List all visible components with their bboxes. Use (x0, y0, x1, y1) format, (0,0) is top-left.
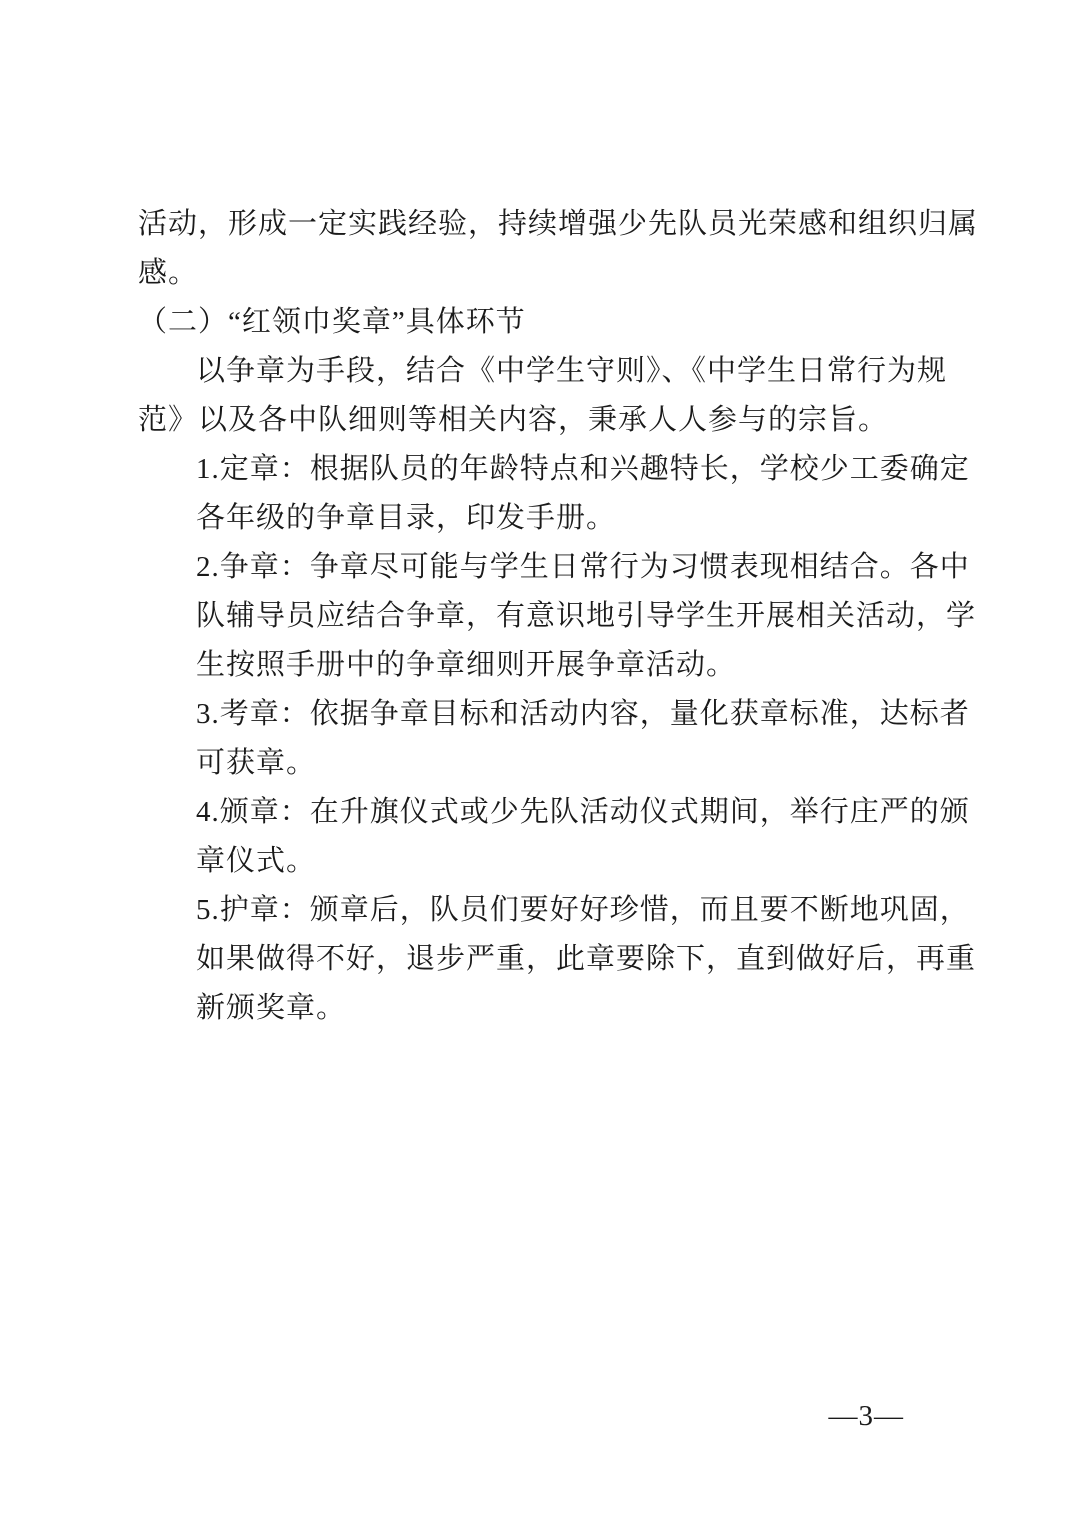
text-line: 5.护章：颁章后，队员们要好好珍惜，而且要不断地巩固， (196, 886, 1080, 935)
text-line: 生按照手册中的争章细则开展争章活动。 (196, 641, 1080, 690)
document-page: 活动，形成一定实践经验，持续增强少先队员光荣感和组织归属感。（二）“红领巾奖章”… (0, 0, 1080, 1527)
text-line: 章仪式。 (196, 837, 1080, 886)
text-line: 以争章为手段，结合《中学生守则》、《中学生日常行为规 (196, 347, 1080, 396)
text-line: 可获章。 (196, 739, 1080, 788)
text-line: 感。 (138, 249, 1080, 298)
document-body: 活动，形成一定实践经验，持续增强少先队员光荣感和组织归属感。（二）“红领巾奖章”… (0, 200, 1080, 1033)
text-line: 各年级的争章目录，印发手册。 (196, 494, 1080, 543)
text-line: 如果做得不好，退步严重，此章要除下，直到做好后，再重 (196, 935, 1080, 984)
text-line: （二）“红领巾奖章”具体环节 (138, 298, 1080, 347)
text-line: 1.定章：根据队员的年龄特点和兴趣特长，学校少工委确定 (196, 445, 1080, 494)
text-line: 4.颁章：在升旗仪式或少先队活动仪式期间，举行庄严的颁 (196, 788, 1080, 837)
text-line: 队辅导员应结合争章，有意识地引导学生开展相关活动，学 (196, 592, 1080, 641)
text-line: 范》以及各中队细则等相关内容，秉承人人参与的宗旨。 (138, 396, 1080, 445)
text-line: 3.考章：依据争章目标和活动内容，量化获章标准，达标者 (196, 690, 1080, 739)
text-line: 新颁奖章。 (196, 984, 1080, 1033)
text-line: 2.争章：争章尽可能与学生日常行为习惯表现相结合。各中 (196, 543, 1080, 592)
page-number: —3— (0, 1398, 904, 1434)
text-line: 活动，形成一定实践经验，持续增强少先队员光荣感和组织归属 (138, 200, 1080, 249)
